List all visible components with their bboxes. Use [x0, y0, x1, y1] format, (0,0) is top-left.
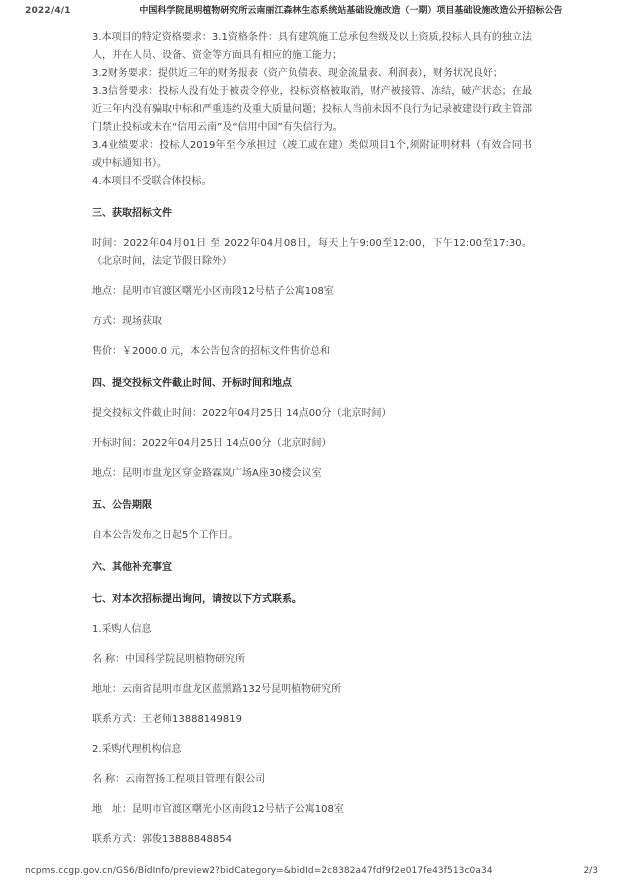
obtain-method-paragraph: 方式：现场获取 [92, 313, 532, 331]
footer-url: ncpms.ccgp.gov.cn/GS6/BidInfo/preview2?b… [25, 865, 493, 877]
obtain-time-paragraph: 时间：2022年04月01日 至 2022年04月08日，每天上午9:00至12… [92, 235, 532, 271]
obtain-price-paragraph: 售价：￥2000.0 元，本公告包含的招标文件售价总和 [92, 343, 532, 361]
footer-page-number: 2/3 [584, 865, 598, 877]
purchaser-address: 地址：云南省昆明市盘龙区蓝黑路132号昆明植物研究所 [92, 681, 532, 699]
opening-time-paragraph: 开标时间：2022年04月25日 14点00分（北京时间） [92, 435, 532, 453]
opening-location-paragraph: 地点：昆明市盘龙区穿金路霖岚广场A座30楼会议室 [92, 465, 532, 483]
agency-address: 地 址：昆明市官渡区曙光小区南段12号桔子公寓108室 [92, 801, 532, 819]
agency-name: 名 称：云南智扬工程项目管理有限公司 [92, 771, 532, 789]
obtain-location-paragraph: 地点：昆明市官渡区曙光小区南段12号桔子公寓108室 [92, 283, 532, 301]
agency-info-label: 2.采购代理机构信息 [92, 741, 532, 759]
purchaser-contact: 联系方式：王老师13888149819 [92, 711, 532, 729]
print-header: 2022/4/1 中国科学院昆明植物研究所云南丽江森林生态系统站基础设施改造（一… [25, 5, 603, 17]
section-heading-contact-methods: 七、对本次招标提出询问，请按以下方式联系。 [92, 591, 532, 609]
document-title: 中国科学院昆明植物研究所云南丽江森林生态系统站基础设施改造（一期）项目基础设施改… [71, 5, 603, 17]
section-heading-obtain-documents: 三、获取招标文件 [92, 205, 532, 223]
section-heading-announcement-period: 五、公告期限 [92, 497, 532, 515]
financial-requirements-paragraph: 3.2财务要求：提供近三年的财务报表（资产负债表、现金流量表、利润表），财务状况… [92, 65, 532, 83]
announcement-period-paragraph: 自本公告发布之日起5个工作日。 [92, 527, 532, 545]
purchaser-name: 名 称：中国科学院昆明植物研究所 [92, 651, 532, 669]
agency-contact: 联系方式：郭俊13888848854 [92, 831, 532, 849]
credit-requirements-paragraph: 3.3信誉要求：投标人没有处于被责令停业，投标资格被取消，财产被接管、冻结，破产… [92, 83, 532, 137]
print-footer: ncpms.ccgp.gov.cn/GS6/BidInfo/preview2?b… [25, 865, 598, 877]
announcement-body: 3.本项目的特定资格要求：3.1资格条件：具有建筑施工总承包叁级及以上资质,投标… [92, 29, 532, 849]
submission-deadline-paragraph: 提交投标文件截止时间：2022年04月25日 14点00分（北京时间） [92, 405, 532, 423]
no-consortium-paragraph: 4.本项目不受联合体投标。 [92, 173, 532, 191]
performance-requirements-paragraph: 3.4业绩要求：投标人2019年至今承担过（竣工或在建）类似项目1个,须附证明材… [92, 137, 532, 173]
section-heading-submission-and-opening: 四、提交投标文件截止时间、开标时间和地点 [92, 375, 532, 393]
qualification-requirements-paragraph: 3.本项目的特定资格要求：3.1资格条件：具有建筑施工总承包叁级及以上资质,投标… [92, 29, 532, 65]
print-preview-page: 2022/4/1 中国科学院昆明植物研究所云南丽江森林生态系统站基础设施改造（一… [0, 0, 623, 881]
header-date: 2022/4/1 [25, 5, 71, 17]
purchaser-info-label: 1.采购人信息 [92, 621, 532, 639]
section-heading-other-matters: 六、其他补充事宜 [92, 559, 532, 577]
